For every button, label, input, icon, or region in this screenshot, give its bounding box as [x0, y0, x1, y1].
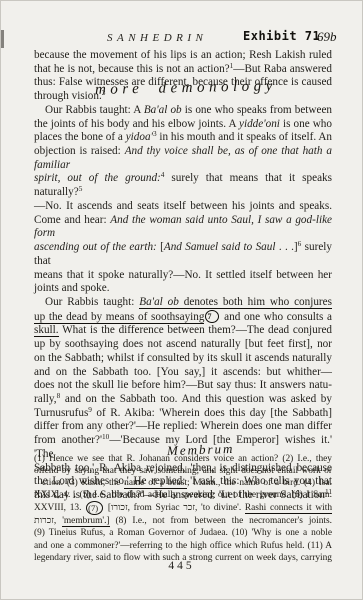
text-line: joints and spoke.	[34, 282, 332, 296]
tractate-title: SANHEDRIN	[107, 32, 207, 44]
book-page-scan: SANHEDRIN Exhibit 71 69b because the mov…	[0, 0, 363, 600]
text-line: Our Rabbis taught: A Ba'al ob is one who…	[34, 104, 332, 118]
text-line: spirit, out of the ground:4 surely that …	[34, 172, 332, 199]
text-line: ction. (3) Rashi, the name of a beast; M…	[34, 477, 332, 489]
text-line: זכרות, 'membrum'.] (8) I.e., not from be…	[34, 515, 332, 527]
scan-smudge	[1, 30, 4, 48]
text-line: does not the skull lie before him?—But s…	[34, 379, 332, 393]
text-line: Come and hear: And the woman said unto S…	[34, 214, 332, 241]
text-line: ascending out of the earth: [And Samuel …	[34, 241, 332, 268]
text-line: skull. What is the difference between th…	[34, 324, 332, 338]
text-line: and one a commoner?'—referring to the hi…	[34, 540, 332, 552]
text-line: the joints of his body and his elbow joi…	[34, 118, 332, 132]
text-line: because the movement of his lips is an a…	[34, 49, 332, 63]
text-line: (1) Hence we see that R. Johanan conside…	[34, 453, 332, 465]
text-line: (9) Tineius Rufus, a Roman Governor of J…	[34, 527, 332, 539]
text-line: Turnusrufus9 of R. Akiba: 'Wherein does …	[34, 407, 332, 421]
text-line: on the Sabbath; whilst if consulted by i…	[34, 352, 332, 366]
body-text: because the movement of his lips is an a…	[34, 49, 332, 503]
text-line: differ from any other?'—He replied: Wher…	[34, 420, 332, 434]
folio-number: 69b	[317, 29, 337, 45]
text-line: XXIX, 4. . (5) I.e., the dead actually s…	[34, 489, 332, 501]
exhibit-stamp: Exhibit 71	[243, 29, 320, 43]
text-line: means that it spoke naturally?—No. It se…	[34, 269, 332, 283]
text-line: Our Rabbis taught: Ba'al ob denotes both…	[34, 296, 332, 310]
text-line: that he is not, because this is not an a…	[34, 63, 332, 77]
page-number: 445	[1, 560, 362, 572]
text-line: and on the Sabbath too. [You say,] it as…	[34, 366, 332, 380]
text-line: offend by saying that they saw something…	[34, 465, 332, 477]
text-line: rally,8 and on the Sabbath too. And this…	[34, 393, 332, 407]
text-line: places the bone of a yidoa'3 in his mout…	[34, 131, 332, 145]
text-line: —No. It ascends and seats itself between…	[34, 200, 332, 214]
text-line: up by soothsaying does not ascend natura…	[34, 338, 332, 352]
text-line: XXVIII, 13. (7) [זכורו, from Syriac זכר,…	[34, 501, 332, 515]
footnotes: (1) Hence we see that R. Johanan conside…	[34, 453, 332, 564]
text-line: objection is raised: And thy voice shall…	[34, 145, 332, 172]
text-line: up the dead by means of soothsaying7 and…	[34, 310, 332, 325]
